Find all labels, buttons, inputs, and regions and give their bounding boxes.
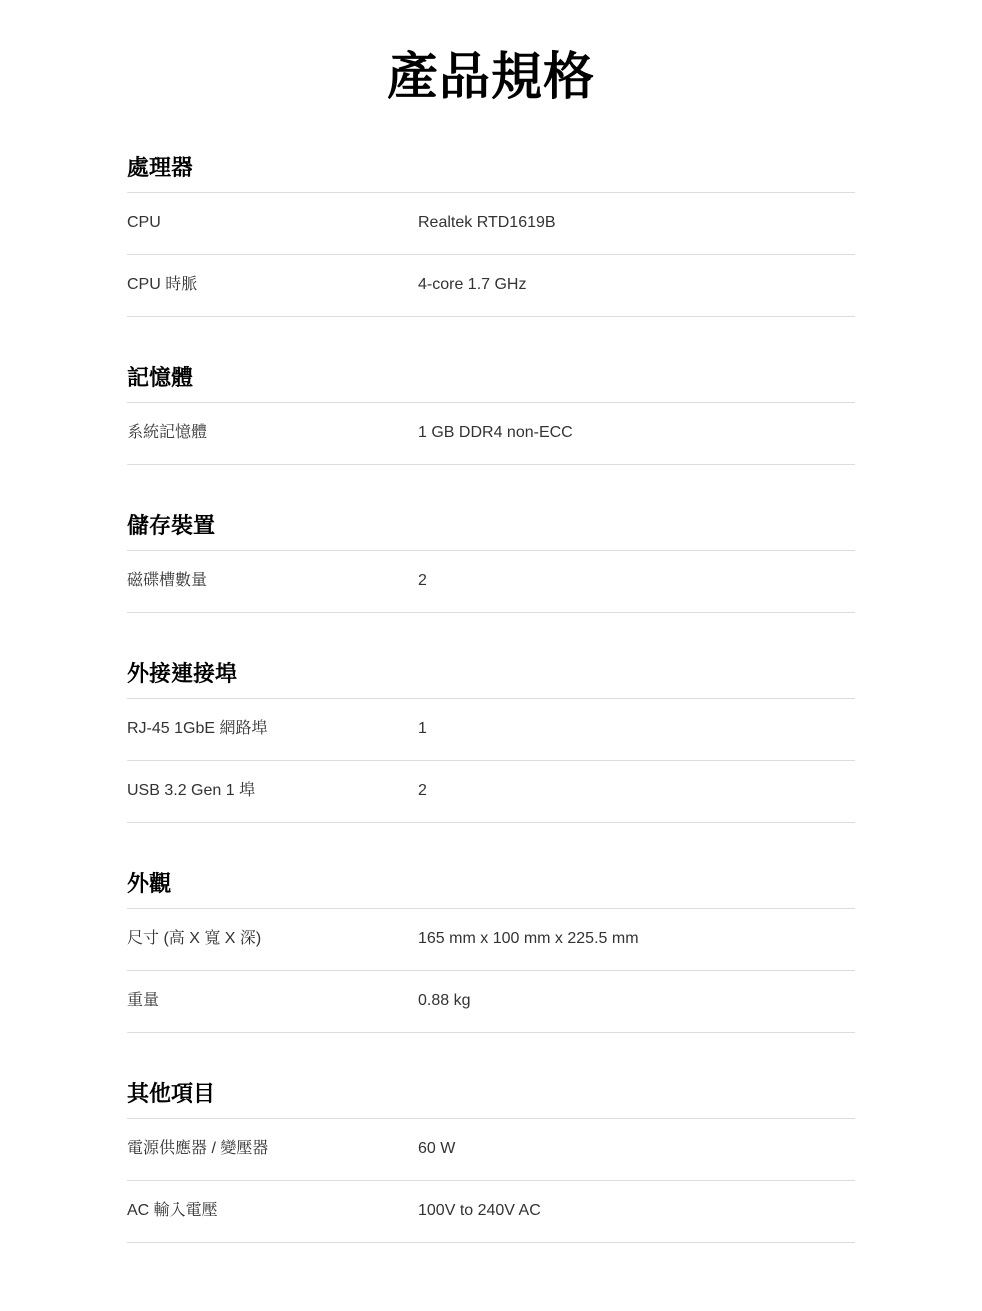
- section-rows: CPU Realtek RTD1619B CPU 時脈 4-core 1.7 G…: [127, 193, 855, 317]
- spec-page: 產品規格 處理器 CPU Realtek RTD1619B CPU 時脈 4-c…: [127, 0, 855, 1243]
- spec-value: 4-core 1.7 GHz: [418, 274, 855, 296]
- section-rows: 尺寸 (高 X 寬 X 深) 165 mm x 100 mm x 225.5 m…: [127, 909, 855, 1033]
- spec-row: 電源供應器 / 變壓器 60 W: [127, 1119, 855, 1181]
- spec-row: CPU Realtek RTD1619B: [127, 193, 855, 255]
- spec-label: CPU 時脈: [127, 274, 418, 296]
- page-title: 產品規格: [127, 46, 855, 108]
- spec-row: CPU 時脈 4-core 1.7 GHz: [127, 255, 855, 317]
- spec-section: 外觀 尺寸 (高 X 寬 X 深) 165 mm x 100 mm x 225.…: [127, 870, 855, 1033]
- spec-value: 1: [418, 718, 855, 740]
- section-title: 處理器: [127, 154, 855, 193]
- section-rows: 磁碟槽數量 2: [127, 551, 855, 613]
- spec-row: 系統記憶體 1 GB DDR4 non-ECC: [127, 403, 855, 465]
- spec-label: RJ-45 1GbE 網路埠: [127, 718, 418, 740]
- section-title: 儲存裝置: [127, 512, 855, 551]
- spec-value: 2: [418, 570, 855, 592]
- spec-label: 系統記憶體: [127, 422, 418, 444]
- spec-row: USB 3.2 Gen 1 埠 2: [127, 761, 855, 823]
- spec-value: 100V to 240V AC: [418, 1200, 855, 1222]
- spec-value: 60 W: [418, 1138, 855, 1160]
- spec-section: 記憶體 系統記憶體 1 GB DDR4 non-ECC: [127, 364, 855, 465]
- spec-label: 尺寸 (高 X 寬 X 深): [127, 928, 418, 950]
- spec-label: USB 3.2 Gen 1 埠: [127, 780, 418, 802]
- spec-value: 1 GB DDR4 non-ECC: [418, 422, 855, 444]
- spec-value: 2: [418, 780, 855, 802]
- spec-row: 重量 0.88 kg: [127, 971, 855, 1033]
- spec-row: RJ-45 1GbE 網路埠 1: [127, 699, 855, 761]
- spec-row: 尺寸 (高 X 寬 X 深) 165 mm x 100 mm x 225.5 m…: [127, 909, 855, 971]
- spec-section: 處理器 CPU Realtek RTD1619B CPU 時脈 4-core 1…: [127, 154, 855, 317]
- section-title: 外接連接埠: [127, 660, 855, 699]
- section-rows: RJ-45 1GbE 網路埠 1 USB 3.2 Gen 1 埠 2: [127, 699, 855, 823]
- spec-label: 重量: [127, 990, 418, 1012]
- spec-section: 其他項目 電源供應器 / 變壓器 60 W AC 輸入電壓 100V to 24…: [127, 1080, 855, 1243]
- spec-value: 0.88 kg: [418, 990, 855, 1012]
- spec-value: 165 mm x 100 mm x 225.5 mm: [418, 928, 855, 950]
- spec-label: CPU: [127, 212, 418, 234]
- section-rows: 電源供應器 / 變壓器 60 W AC 輸入電壓 100V to 240V AC: [127, 1119, 855, 1243]
- spec-row: AC 輸入電壓 100V to 240V AC: [127, 1181, 855, 1243]
- section-title: 其他項目: [127, 1080, 855, 1119]
- spec-section: 外接連接埠 RJ-45 1GbE 網路埠 1 USB 3.2 Gen 1 埠 2: [127, 660, 855, 823]
- spec-label: 電源供應器 / 變壓器: [127, 1138, 418, 1160]
- section-rows: 系統記憶體 1 GB DDR4 non-ECC: [127, 403, 855, 465]
- spec-label: 磁碟槽數量: [127, 570, 418, 592]
- section-title: 記憶體: [127, 364, 855, 403]
- spec-value: Realtek RTD1619B: [418, 212, 855, 234]
- spec-table: 處理器 CPU Realtek RTD1619B CPU 時脈 4-core 1…: [127, 154, 855, 1243]
- spec-section: 儲存裝置 磁碟槽數量 2: [127, 512, 855, 613]
- spec-row: 磁碟槽數量 2: [127, 551, 855, 613]
- spec-label: AC 輸入電壓: [127, 1200, 418, 1222]
- section-title: 外觀: [127, 870, 855, 909]
